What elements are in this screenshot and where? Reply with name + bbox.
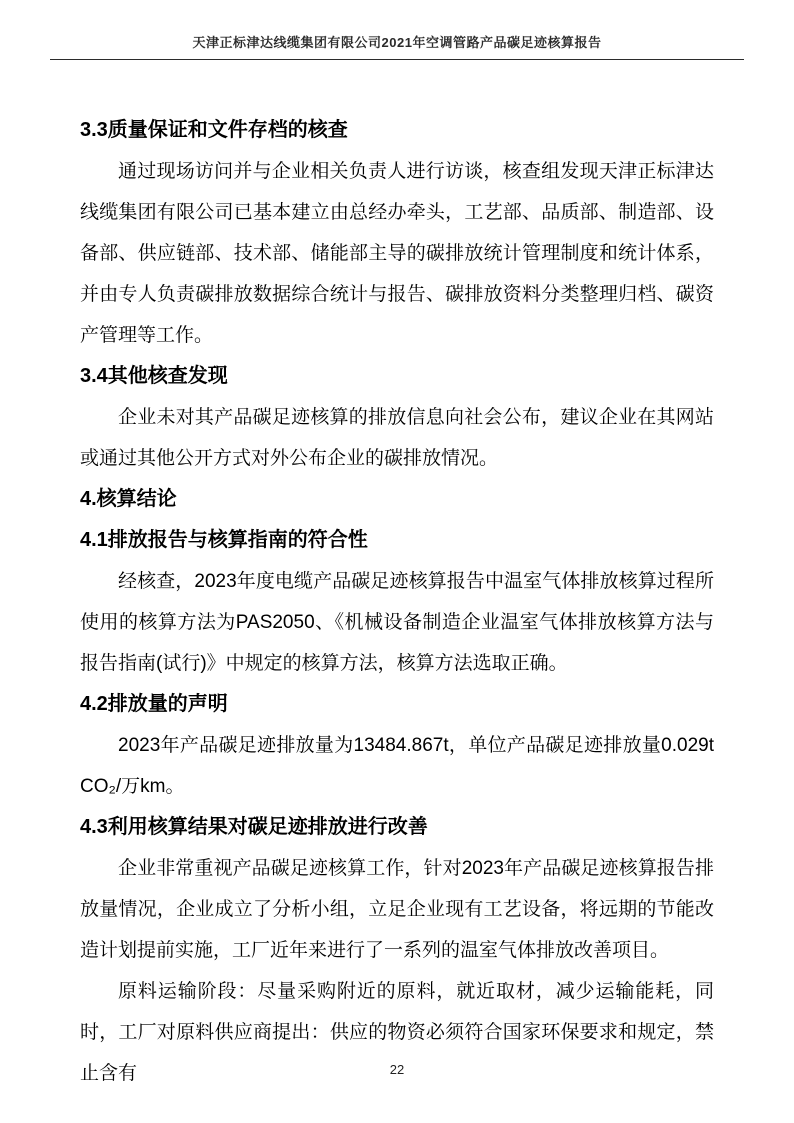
document-page: 天津正标津达线缆集团有限公司2021年空调管路产品碳足迹核算报告 3.3质量保证…	[0, 0, 794, 1123]
header-divider	[50, 59, 744, 60]
body-paragraph: 2023年产品碳足迹排放量为13484.867t，单位产品碳足迹排放量0.029…	[80, 725, 714, 807]
section-heading: 4.核算结论	[80, 479, 714, 520]
section-heading: 3.4其他核查发现	[80, 356, 714, 397]
body-paragraph: 通过现场访问并与企业相关负责人进行访谈，核查组发现天津正标津达线缆集团有限公司已…	[80, 151, 714, 356]
body-paragraph: 企业非常重视产品碳足迹核算工作，针对2023年产品碳足迹核算报告排放量情况，企业…	[80, 848, 714, 971]
page-number: 22	[0, 1062, 794, 1077]
body-paragraph: 经核查，2023年度电缆产品碳足迹核算报告中温室气体排放核算过程所使用的核算方法…	[80, 561, 714, 684]
section-heading: 3.3质量保证和文件存档的核查	[80, 110, 714, 151]
section-heading: 4.3利用核算结果对碳足迹排放进行改善	[80, 807, 714, 848]
section-heading: 4.1排放报告与核算指南的符合性	[80, 520, 714, 561]
body-paragraph: 企业未对其产品碳足迹核算的排放信息向社会公布，建议企业在其网站或通过其他公开方式…	[80, 397, 714, 479]
page-header-title: 天津正标津达线缆集团有限公司2021年空调管路产品碳足迹核算报告	[80, 34, 714, 52]
document-body: 3.3质量保证和文件存档的核查通过现场访问并与企业相关负责人进行访谈，核查组发现…	[80, 110, 714, 1094]
section-heading: 4.2排放量的声明	[80, 684, 714, 725]
